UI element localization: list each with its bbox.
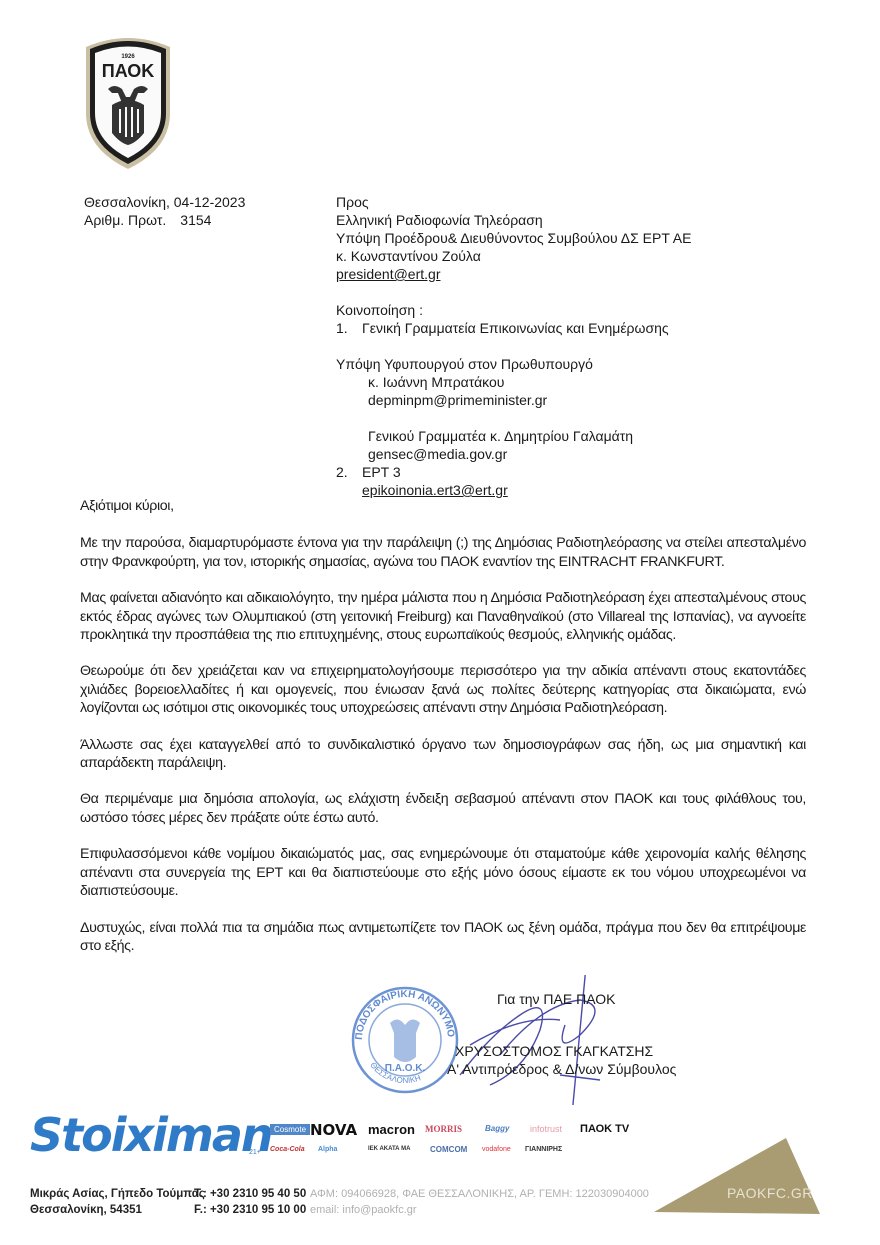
sponsor-logo: MORRIS: [425, 1124, 462, 1134]
protocol-number: 3154: [180, 212, 211, 228]
footer-legal: ΑΦΜ: 094066928, ΦΑΕ ΘΕΣΣΑΛΟΝΙΚΗΣ, ΑΡ. ΓΕ…: [310, 1186, 649, 1218]
protocol-label: Αριθμ. Πρωτ.: [84, 212, 166, 228]
cc-number: 1.: [336, 319, 362, 337]
paragraph: Θεωρούμε ότι δεν χρειάζεται καν να επιχε…: [80, 662, 806, 717]
cc-1-sec: Γενικού Γραμματέα κ. Δημητρίου Γαλαμάτη: [336, 427, 691, 445]
main-sponsor-logo: Stoiximan: [30, 1108, 272, 1162]
paragraph: Θα περιμέναμε μια δημόσια απολογία, ως ε…: [80, 790, 806, 827]
cc-2-email-link[interactable]: epikoinonia.ert3@ert.gr: [362, 482, 508, 498]
salutation: Αξιότιμοι κύριοι,: [80, 497, 806, 515]
paragraph: Μας φαίνεται αδιανόητο και αδικαιολόγητο…: [80, 589, 806, 644]
letter-meta: Θεσσαλονίκη, 04-12-2023 Αριθμ. Πρωτ.3154: [84, 193, 245, 229]
footer-phone: T.: +30 2310 95 40 50: [194, 1186, 306, 1202]
website-triangle-badge: [652, 1128, 842, 1218]
to-line: Ελληνική Ραδιοφωνία Τηλεόραση: [336, 211, 691, 229]
sponsor-logo: ΓΙΑΝΝΙΡΗΣ: [525, 1146, 562, 1153]
cc-2-title: ΕΡΤ 3: [362, 464, 401, 480]
sponsor-logo: Baggy: [485, 1124, 509, 1133]
signatory-name: ΧΡΥΣΟΣΤΟΜΟΣ ΓΚΑΓΚΑΤΣΗΣ: [455, 1042, 653, 1060]
to-label: Προς: [336, 193, 691, 211]
sponsor-logo: Alpha: [318, 1146, 337, 1153]
to-line: Υπόψη Προέδρου& Διευθύνοντος Συμβούλου Δ…: [336, 229, 691, 247]
cc-1-title: Γενική Γραμματεία Επικοινωνίας και Ενημέ…: [362, 320, 669, 336]
cc-1-email[interactable]: depminpm@primeminister.gr: [336, 391, 691, 409]
sponsor-logo: NOVA: [310, 1121, 357, 1139]
svg-text:Π.Α.Ο.Κ.: Π.Α.Ο.Κ.: [385, 1063, 426, 1074]
paragraph: Επιφυλασσόμενοι κάθε νομίμου δικαιώματός…: [80, 845, 806, 900]
sponsor-logo: ΙΕΚ ΑΚΑΤΑ ΜΑ: [368, 1146, 411, 1152]
sponsor-logo: COMCOM: [430, 1145, 467, 1154]
website-link[interactable]: PAOKFC.GR: [727, 1185, 813, 1201]
cc-label: Κοινοποίηση :: [336, 301, 691, 319]
sponsor-logo: Coca-Cola: [270, 1146, 305, 1153]
signatory-role: Α' Αντιπρόεδρος & Δ/νων Σύμβουλος: [447, 1060, 676, 1078]
svg-text:1926: 1926: [121, 54, 135, 60]
cc-1-sec-email[interactable]: gensec@media.gov.gr: [336, 445, 691, 463]
cc-1-name: κ. Ιωάννη Μπρατάκου: [336, 373, 691, 391]
footer-email[interactable]: email: info@paokfc.gr: [310, 1202, 649, 1218]
sponsor-logo: Cosmote: [270, 1124, 310, 1135]
company-stamp-icon: Π.Α.Ο.Κ. ΠΟΔΟΣΦΑΙΡΙΚΗ ΑΝΩΝΥΜΟΣ ΕΤΑΙΡΙΑ Θ…: [350, 975, 457, 1092]
footer-address: Μικράς Ασίας, Γήπεδο Τούμπας Θεσσαλονίκη…: [30, 1186, 205, 1218]
sponsor-logo: macron: [368, 1122, 415, 1137]
footer-tax-info: ΑΦΜ: 094066928, ΦΑΕ ΘΕΣΣΑΛΟΝΙΚΗΣ, ΑΡ. ΓΕ…: [310, 1186, 649, 1202]
paok-crest-logo: 1926 ΠΑΟΚ: [78, 33, 178, 171]
to-line: κ. Κωνσταντίνου Ζούλα: [336, 247, 691, 265]
footer-phones: T.: +30 2310 95 40 50 F.: +30 2310 95 10…: [194, 1186, 306, 1218]
paragraph: Δυστυχώς, είναι πολλά πια τα σημάδια πως…: [80, 919, 806, 956]
sponsor-logo: ΠΑΟΚ TV: [580, 1123, 629, 1135]
footer-fax: F.: +30 2310 95 10 00: [194, 1202, 306, 1218]
sponsor-logo: vodafone: [482, 1146, 511, 1153]
svg-text:ΠΑΟΚ: ΠΑΟΚ: [102, 61, 155, 81]
letter-body: Αξιότιμοι κύριοι, Με την παρούσα, διαμαρ…: [80, 497, 806, 973]
cc-1-attn: Υπόψη Υφυπουργού στον Πρωθυπουργό: [336, 355, 691, 373]
sponsor-logo: infotrust: [530, 1124, 562, 1134]
paragraph: Με την παρούσα, διαμαρτυρόμαστε έντονα γ…: [80, 534, 806, 571]
paragraph: Άλλωστε σας έχει καταγγελθεί από το συνδ…: [80, 736, 806, 773]
recipients-block: Προς Ελληνική Ραδιοφωνία Τηλεόραση Υπόψη…: [336, 193, 691, 499]
main-sponsor-age: 21+: [249, 1149, 261, 1156]
cc-number: 2.: [336, 463, 362, 481]
place-date: Θεσσαλονίκη, 04-12-2023: [84, 193, 245, 211]
protocol-row: Αριθμ. Πρωτ.3154: [84, 211, 245, 229]
signature-for-line: Για την ΠΑΕ ΠΑΟΚ: [497, 990, 615, 1008]
to-email-link[interactable]: president@ert.gr: [336, 265, 691, 283]
